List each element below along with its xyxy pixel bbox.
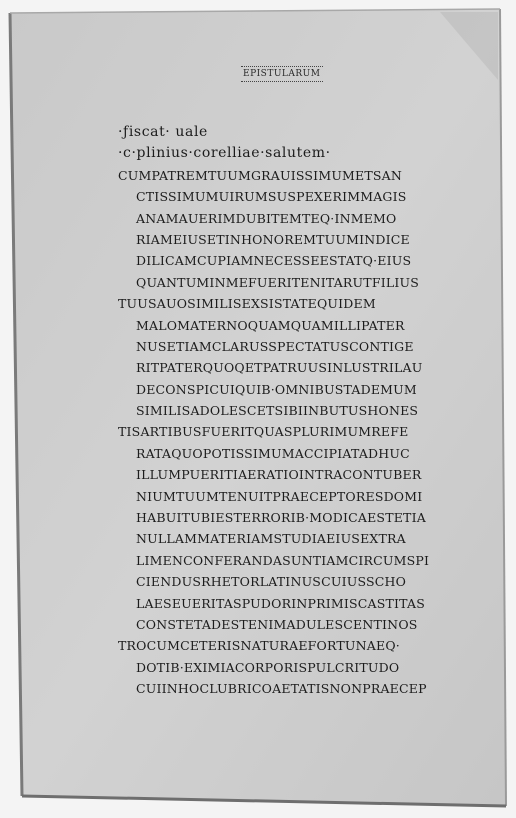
- text-line: CUMPATREMTUUMGRAUISSIMUMETSAN: [118, 165, 478, 186]
- text-line: NIUMTUUMTENUITPRAECEPTORESDOMI: [118, 486, 478, 507]
- text-line: LAESEUERITASPUDORINPRIMISCASTITAS: [118, 593, 478, 614]
- text-line: RATAQUOPOTISSIMUMACCIPIATADHUC: [118, 443, 478, 464]
- text-line: DOTIB·EXIMIACORPORISPULCRITUDO: [118, 657, 478, 678]
- text-line: SIMILISADOLESCETSIBIINBUTUSHONES: [118, 400, 478, 421]
- text-line: RIAMEIUSETINHONOREMTUUMINDICE: [118, 229, 478, 250]
- text-line: ·C·PLINIUS·CORELLIAE·SALUTEM·: [118, 143, 478, 164]
- text-line: CIENDUSRHETORLATINUSCUIUSSCHO: [118, 571, 478, 592]
- text-line: QUANTUMINMEFUERITENITARUTFILIUS: [118, 272, 478, 293]
- text-line: TUUSAUOSIMILISEXSISTATEQUIDEM: [118, 293, 478, 314]
- text-line: CTISSIMUMUIRUMSUSPEXERIMMAGIS: [118, 186, 478, 207]
- text-line: TROCUMCETERISNATURAEFORTUNAEQ·: [118, 635, 478, 656]
- text-line: LIMENCONFERANDASUNTIAMCIRCUMSPI: [118, 550, 478, 571]
- text-line: NULLAMMATERIAMSTUDIAEIUSEXTRA: [118, 528, 478, 549]
- manuscript-text: ·ƒISCAT· UALE ·C·PLINIUS·CORELLIAE·SALUT…: [118, 122, 478, 700]
- text-line: DILICAMCUPIAMNECESSEESTATQ·EIUS: [118, 250, 478, 271]
- manuscript-page: EPISTULARUM ·ƒISCAT· UALE ·C·PLINIUS·COR…: [0, 0, 516, 818]
- text-line: ANAMAUERIMDUBITEMTEQ·INMEMO: [118, 208, 478, 229]
- text-line: NUSETIAMCLARUSSPECTATUSCONTIGE: [118, 336, 478, 357]
- text-line: CONSTETADESTENIMADULESCENTINOS: [118, 614, 478, 635]
- text-line: ·ƒISCAT· UALE: [118, 122, 478, 143]
- text-line: DECONSPICUIQUIB·OMNIBUSTADEMUM: [118, 379, 478, 400]
- text-line: TISARTIBUSFUERITQUASPLURIMUMREFE: [118, 421, 478, 442]
- text-line: RITPATERQUOQETPATRUUSINLUSTRILAU: [118, 357, 478, 378]
- running-head: EPISTULARUM: [241, 66, 323, 82]
- text-line: MALOMATERNOQUAMQUAMILLIPATER: [118, 315, 478, 336]
- text-line: CUIINHOCLUBRICOAETATISNONPRAECEP: [118, 678, 478, 699]
- text-line: ILLUMPUERITIAERATIOINTRACONTUBER: [118, 464, 478, 485]
- text-line: HABUITUBIESTERRORIB·MODICAESTETIA: [118, 507, 478, 528]
